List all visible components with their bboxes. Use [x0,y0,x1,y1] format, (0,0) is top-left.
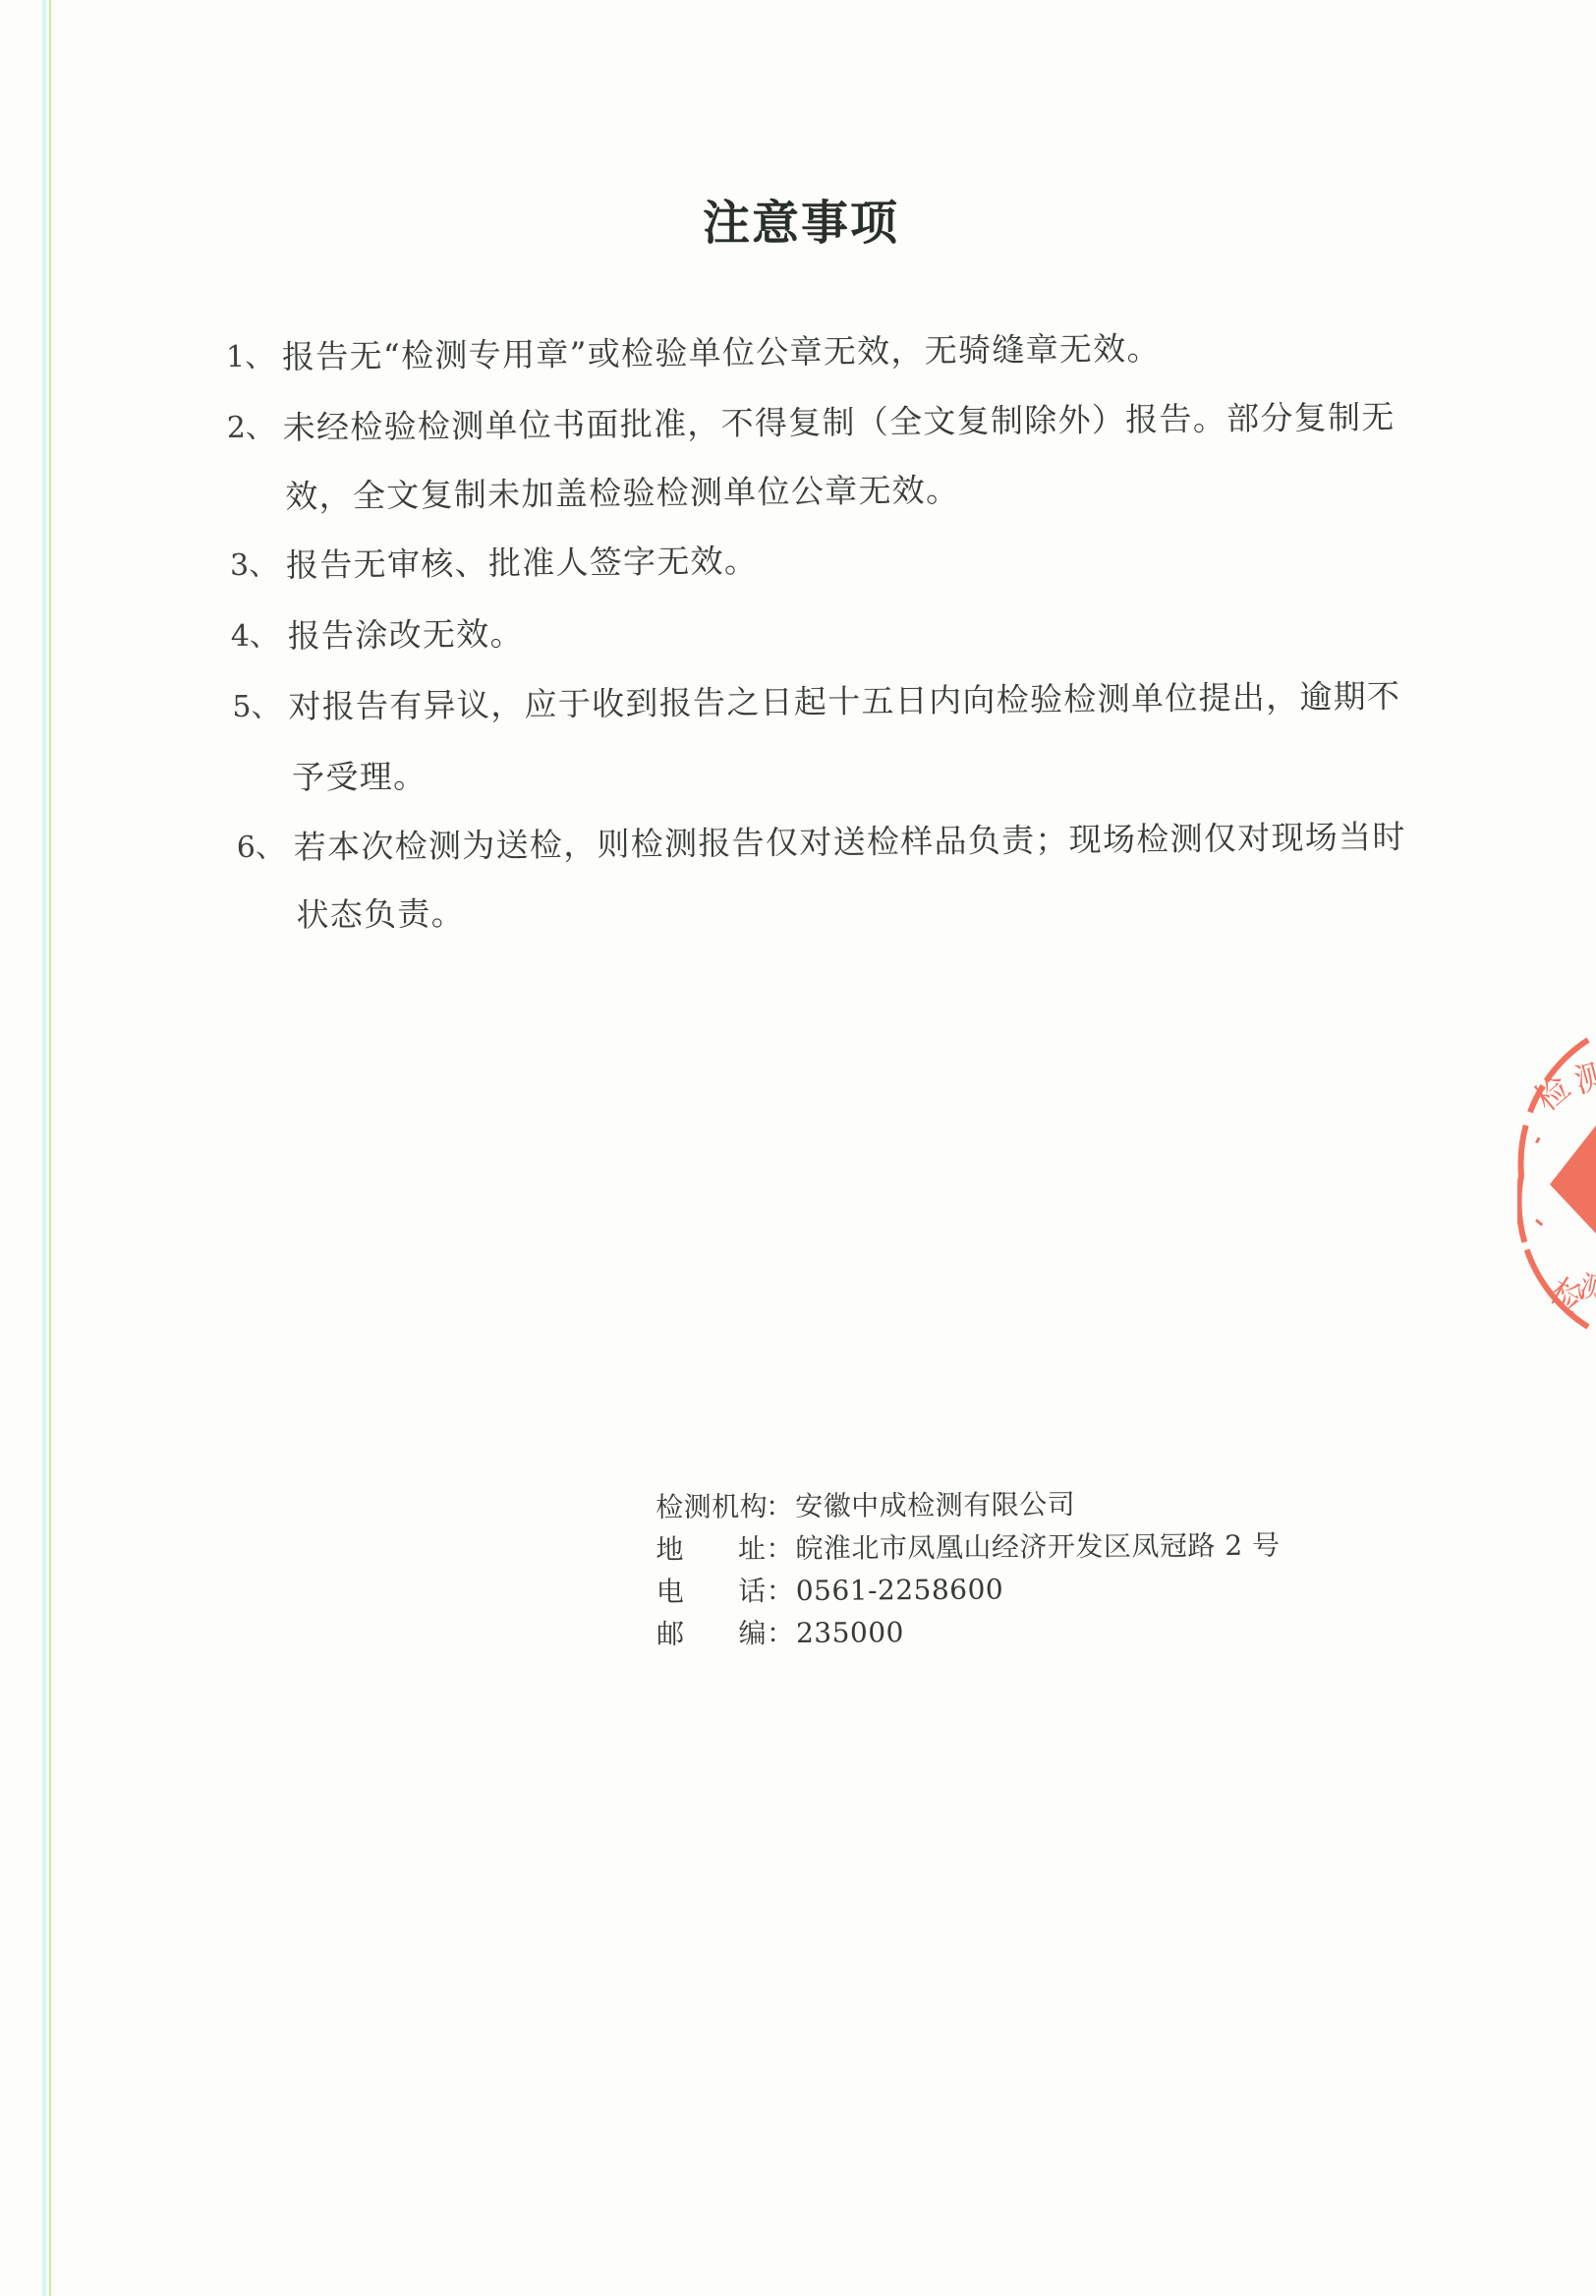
scan-edge-line [42,0,46,2296]
contact-info: 检 测 机 构 ： 安徽中成检测有限公司 地 址 ： 皖淮北市凤凰山经济开发区凤… [655,1486,656,1655]
seal-icon: 检 测 检 测 [1517,1032,1596,1337]
notice-text: 若本次检测为送检，则检测报告仅对送检样品负责；现场检测仅对现场当时 [294,818,1406,868]
notice-text: 报告无审核、批准人签字无效。 [286,542,759,586]
notice-text-continued: 效，全文复制未加盖检验检测单位公章无效。 [285,471,959,517]
institution-name: 安徽中成检测有限公司 [795,1483,1075,1527]
notice-text: 报告无“检测专用章”或检验单位公章无效，无骑缝章无效。 [282,329,1161,377]
contact-colon: ： [766,1527,793,1570]
notice-text: 对报告有异议，应于收到报告之日起十五日内向检验检测单位提出，逾期不 [288,677,1400,727]
contact-colon: ： [767,1612,794,1654]
notice-text: 报告涂改无效。 [288,614,524,656]
notice-list: 1、 报告无“检测专用章”或检验单位公章无效，无骑缝章无效。 2、 未经检验检测… [0,0,1592,2]
notice-number: 6、 [237,828,285,867]
star-icon [1550,1125,1596,1234]
phone-value: 0561-2258600 [796,1569,1004,1612]
notice-number: 1、 [226,338,274,377]
svg-text:测: 测 [1577,1269,1596,1308]
notice-number: 3、 [230,546,278,586]
contact-label: 电 话 [656,1570,767,1613]
scan-edge-line [49,0,51,2296]
notice-number: 5、 [232,688,280,727]
contact-colon: ： [767,1570,794,1612]
contact-label: 检 测 机 构 [655,1485,766,1528]
postcode-value: 235000 [796,1611,904,1654]
contact-label: 邮 编 [656,1612,767,1655]
page-title: 注意事项 [0,195,1596,252]
notice-text: 未经检验检测单位书面批准，不得复制（全文复制除外）报告。部分复制无 [283,398,1396,448]
notice-text-continued: 状态负责。 [296,894,465,936]
contact-colon: ： [766,1485,793,1527]
notice-number: 4、 [231,617,279,657]
notice-text-continued: 予受理。 [292,757,427,797]
contact-label: 地 址 [655,1527,766,1571]
address-value: 皖淮北市凤凰山经济开发区凤冠路 2 号 [795,1524,1280,1570]
notice-number: 2、 [227,409,275,448]
svg-text:检: 检 [1527,1067,1578,1119]
official-seal-stamp: 检 测 检 测 [1517,1032,1596,1337]
